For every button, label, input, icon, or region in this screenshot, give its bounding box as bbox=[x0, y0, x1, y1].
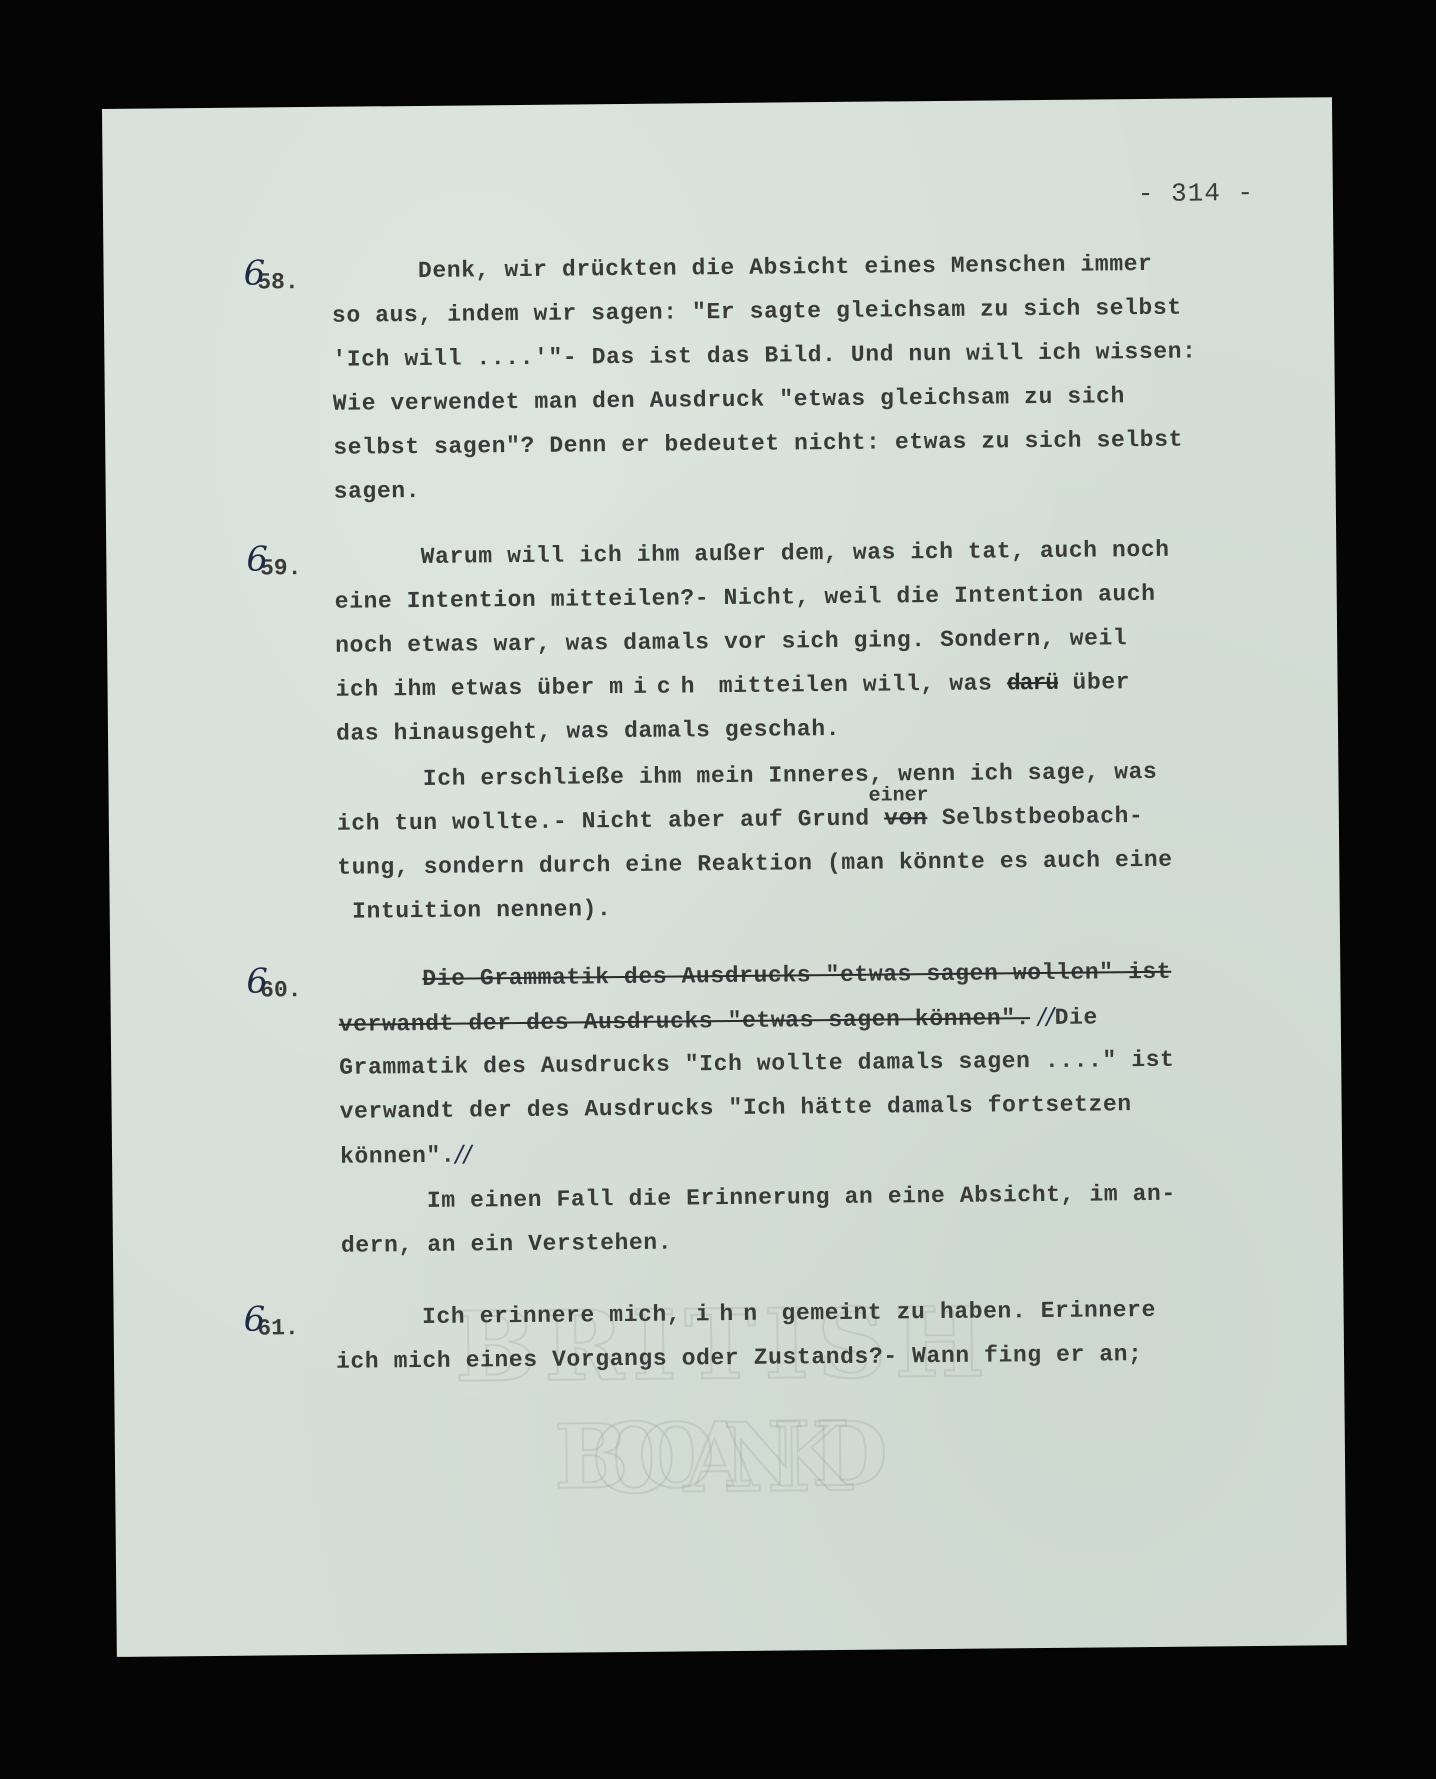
handwritten-correction: 6 bbox=[246, 961, 268, 1001]
remark-660-p2-line-1: Im einen Fall die Erinnerung an eine Abs… bbox=[340, 1181, 1176, 1215]
remark-660-line-2: verwandt der des Ausdrucks "etwas sagen … bbox=[339, 1003, 1098, 1037]
typescript-page: BRITISH OAK BOND - 314 - 658. Denk, wir … bbox=[102, 97, 1347, 1657]
handwritten-correction: 6 bbox=[246, 539, 268, 579]
remark-659-p2-line-1: Ich erschließe ihm mein Inneres, wenn ic… bbox=[336, 759, 1157, 793]
remark-659-line-1: Warum will ich ihm außer dem, was ich ta… bbox=[334, 537, 1170, 571]
remark-660-struck-line-1: Die Grammatik des Ausdrucks "etwas sagen… bbox=[422, 959, 1171, 992]
remark-658-line-1: Denk, wir drückten die Absicht eines Men… bbox=[331, 251, 1152, 285]
watermark-bond: BOND bbox=[544, 1401, 905, 1508]
handwritten-correction: 6 bbox=[243, 1299, 265, 1339]
struck-word: von bbox=[884, 805, 927, 831]
remark-660-line-4: verwandt der des Ausdrucks "Ich hätte da… bbox=[340, 1091, 1132, 1125]
page-number: - 314 - bbox=[1138, 178, 1255, 209]
remark-660-line-5: können".// bbox=[340, 1141, 472, 1169]
section-number-661: 661. bbox=[243, 1303, 298, 1344]
remark-658-line-3: 'Ich will ....'"- Das ist das Bild. Und … bbox=[332, 339, 1196, 373]
remark-659-line-4: ich ihm etwas über mich mitteilen will, … bbox=[335, 669, 1130, 703]
section-number-659: 659. bbox=[246, 543, 301, 584]
remark-659-p2-line-4: Intuition nennen). bbox=[338, 896, 612, 925]
emphasized-word: ihn bbox=[696, 1301, 768, 1328]
emphasized-word: mich bbox=[609, 673, 704, 700]
insertion-mark-close: // bbox=[455, 1141, 472, 1167]
section-number-658: 658. bbox=[243, 257, 298, 298]
remark-658-line-6: sagen. bbox=[334, 478, 421, 505]
remark-659-line-5: das hinausgeht, was damals geschah. bbox=[336, 716, 840, 747]
remark-659-line-2: eine Intention mitteilen?- Nicht, weil d… bbox=[335, 581, 1156, 615]
remark-659-p2-line-2: ich tun wollte.- Nicht aber auf Grund vo… bbox=[337, 803, 1144, 837]
remark-661-line-1: Ich erinnere mich, ihn gemeint zu haben.… bbox=[335, 1297, 1156, 1331]
remark-661-line-2: ich mich eines Vorgangs oder Zustands?- … bbox=[336, 1341, 1143, 1375]
section-number-660: 660. bbox=[246, 965, 301, 1006]
remark-659-p2-line-3: tung, sondern durch eine Reaktion (man k… bbox=[337, 847, 1173, 881]
typed-insertion: einer bbox=[869, 784, 929, 808]
remark-660-line-3: Grammatik des Ausdrucks "Ich wollte dama… bbox=[339, 1047, 1175, 1081]
remark-660-p2-line-2: dern, an ein Verstehen. bbox=[341, 1230, 672, 1259]
remark-659-line-3: noch etwas war, was damals vor sich ging… bbox=[335, 625, 1127, 659]
remark-658-line-5: selbst sagen"? Denn er bedeutet nicht: e… bbox=[333, 427, 1183, 461]
insertion-mark-open: // bbox=[1030, 1004, 1055, 1030]
xed-out-word: darü bbox=[1007, 670, 1058, 696]
handwritten-correction: 6 bbox=[243, 253, 265, 293]
remark-658-line-4: Wie verwendet man den Ausdruck "etwas gl… bbox=[333, 383, 1125, 417]
remark-658-line-2: so aus, indem wir sagen: "Er sagte gleic… bbox=[332, 295, 1182, 329]
